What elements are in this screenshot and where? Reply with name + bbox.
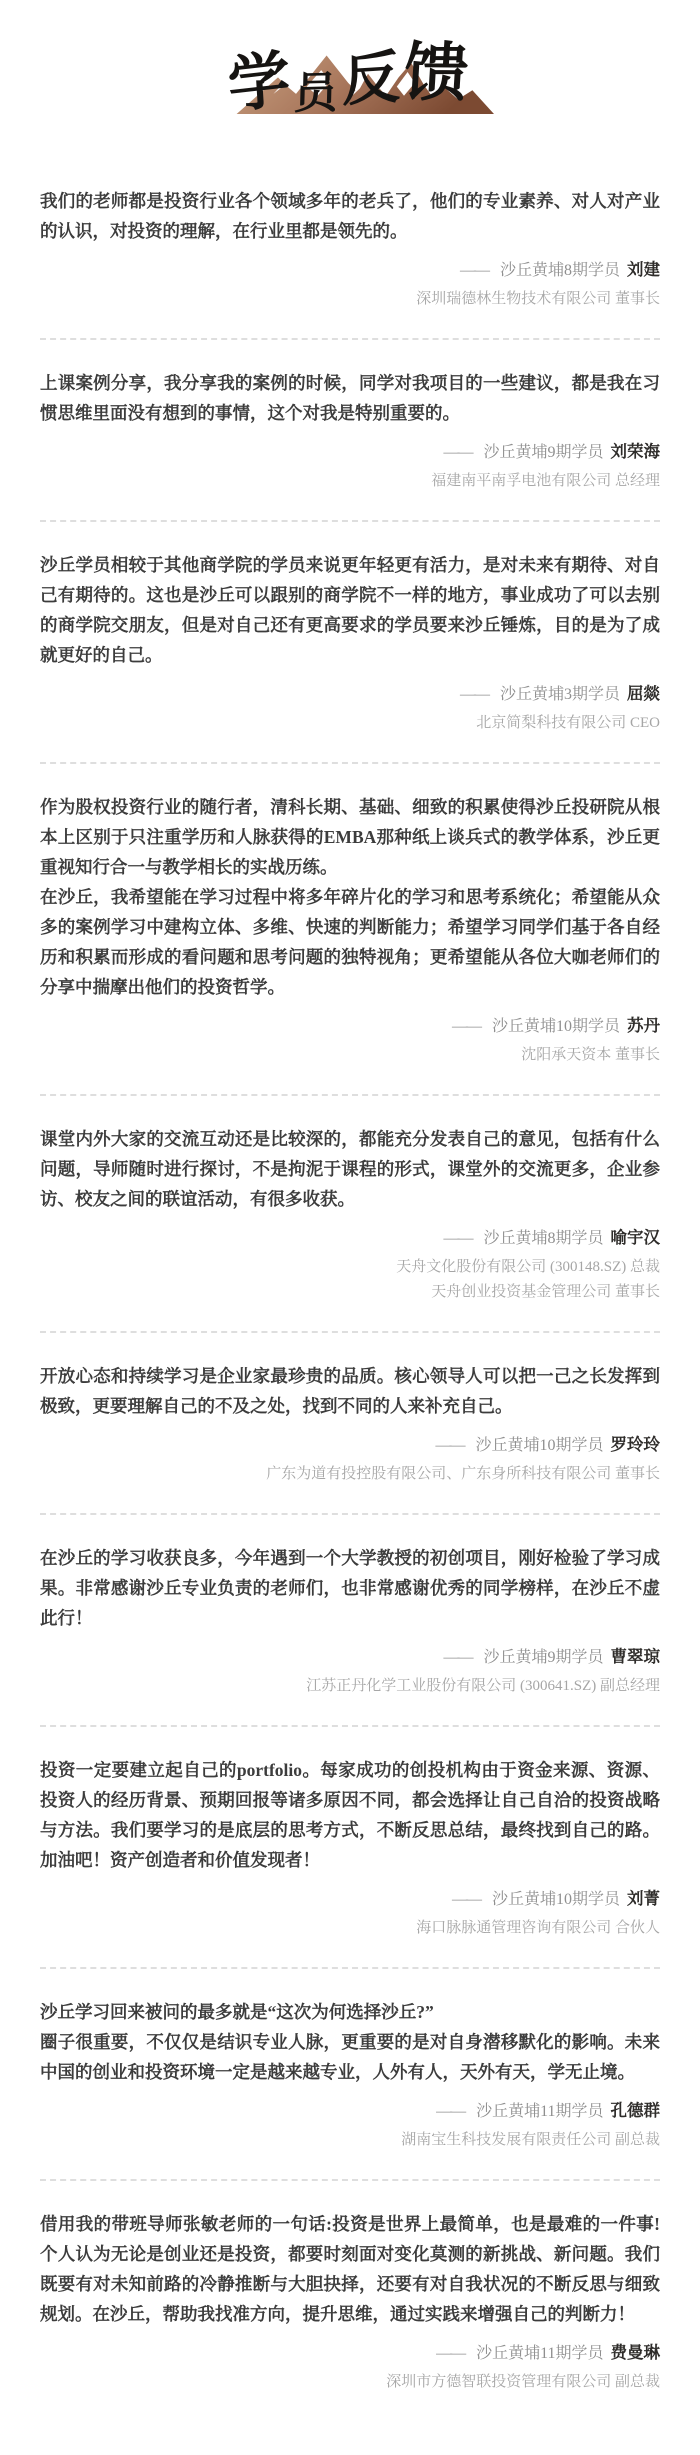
dashed-divider	[40, 1331, 660, 1333]
dashed-divider	[40, 762, 660, 764]
testimonial-attribution: ——沙丘黄埔9期学员曹翠琼	[40, 1645, 660, 1670]
testimonial-paragraph: 在沙丘，我希望能在学习过程中将多年碎片化的学习和思考系统化；希望能从众多的案例学…	[40, 882, 660, 1002]
organization-line: 深圳市方德智联投资管理有限公司 副总裁	[40, 2370, 660, 2395]
student-cohort: 沙丘黄埔8期学员	[483, 1230, 603, 1247]
testimonial-block: 借用我的带班导师张敏老师的一句话:投资是世界上最简单，也是最难的一件事!个人认为…	[40, 2209, 660, 2395]
organization-line: 福建南平南孚电池有限公司 总经理	[40, 469, 660, 494]
page-title-calligraphy: 学员反馈	[39, 36, 661, 116]
organization-line: 深圳瑞德林生物技术有限公司 董事长	[40, 287, 660, 312]
student-cohort: 沙丘黄埔10期学员	[492, 1018, 620, 1035]
dashed-divider	[40, 1967, 660, 1969]
organization-line: 天舟文化股份有限公司 (300148.SZ) 总裁	[40, 1255, 660, 1280]
dashed-divider	[40, 1094, 660, 1096]
student-name: 费曼琳	[611, 2343, 661, 2362]
student-organization: 深圳市方德智联投资管理有限公司 副总裁	[40, 2370, 660, 2395]
testimonial-text: 借用我的带班导师张敏老师的一句话:投资是世界上最简单，也是最难的一件事!个人认为…	[40, 2209, 660, 2329]
testimonial-paragraph: 上课案例分享，我分享我的案例的时候，同学对我项目的一些建议，都是我在习惯思维里面…	[40, 368, 660, 428]
student-cohort: 沙丘黄埔3期学员	[500, 686, 620, 703]
student-name: 罗玲玲	[611, 1435, 661, 1454]
testimonial-attribution: ——沙丘黄埔10期学员苏丹	[40, 1014, 660, 1039]
student-organization: 广东为道有投控股有限公司、广东身所科技有限公司 董事长	[40, 1462, 660, 1487]
student-name: 刘荣海	[611, 442, 661, 461]
organization-line: 北京简梨科技有限公司 CEO	[40, 711, 660, 736]
attribution-dash: ——	[443, 1230, 471, 1247]
testimonial-attribution: ——沙丘黄埔3期学员屈燚	[40, 682, 660, 707]
feedback-page: 学员反馈 我们的老师都是投资行业各个领域多年的老兵了，他们的专业素养、对人对产业…	[0, 0, 700, 2455]
student-name: 刘菁	[627, 1889, 660, 1908]
organization-line: 湖南宝生科技发展有限责任公司 副总裁	[40, 2128, 660, 2153]
attribution-dash: ——	[460, 262, 488, 279]
dashed-divider	[40, 2179, 660, 2181]
testimonial-paragraph: 开放心态和持续学习是企业家最珍贵的品质。核心领导人可以把一己之长发挥到极致，更要…	[40, 1361, 660, 1421]
testimonial-text: 投资一定要建立起自己的portfolio。每家成功的创投机构由于资金来源、资源、…	[40, 1755, 660, 1875]
student-name: 屈燚	[627, 684, 660, 703]
testimonial-paragraph: 沙丘学员相较于其他商学院的学员来说更年轻更有活力，是对未来有期待、对自己有期待的…	[40, 550, 660, 670]
student-cohort: 沙丘黄埔10期学员	[475, 1437, 603, 1454]
testimonial-paragraph: 投资一定要建立起自己的portfolio。每家成功的创投机构由于资金来源、资源、…	[40, 1755, 660, 1875]
dashed-divider	[40, 1513, 660, 1515]
testimonial-block: 开放心态和持续学习是企业家最珍贵的品质。核心领导人可以把一己之长发挥到极致，更要…	[40, 1361, 660, 1487]
testimonial-paragraph: 借用我的带班导师张敏老师的一句话:投资是世界上最简单，也是最难的一件事!个人认为…	[40, 2209, 660, 2329]
logo-char: 馈	[402, 41, 474, 106]
testimonial-paragraph: 在沙丘的学习收获良多，今年遇到一个大学教授的初创项目，刚好检验了学习成果。非常感…	[40, 1543, 660, 1633]
testimonial-text: 上课案例分享，我分享我的案例的时候，同学对我项目的一些建议，都是我在习惯思维里面…	[40, 368, 660, 428]
student-cohort: 沙丘黄埔9期学员	[483, 1649, 603, 1666]
testimonial-attribution: ——沙丘黄埔10期学员罗玲玲	[40, 1433, 660, 1458]
student-cohort: 沙丘黄埔8期学员	[500, 262, 620, 279]
testimonial-paragraph: 我们的老师都是投资行业各个领域多年的老兵了，他们的专业素养、对人对产业的认识，对…	[40, 186, 660, 246]
attribution-dash: ——	[435, 1437, 463, 1454]
student-organization: 江苏正丹化学工业股份有限公司 (300641.SZ) 副总经理	[40, 1674, 660, 1699]
testimonial-block: 沙丘学习回来被问的最多就是“这次为何选择沙丘?”圈子很重要，不仅仅是结识专业人脉…	[40, 1997, 660, 2153]
attribution-dash: ——	[443, 1649, 471, 1666]
student-organization: 沈阳承天资本 董事长	[40, 1043, 660, 1068]
testimonial-attribution: ——沙丘黄埔11期学员孔德群	[40, 2099, 660, 2124]
organization-line: 天舟创业投资基金管理公司 董事长	[40, 1280, 660, 1305]
dashed-divider	[40, 1725, 660, 1727]
student-organization: 深圳瑞德林生物技术有限公司 董事长	[40, 287, 660, 312]
page-header-logo: 学员反馈	[40, 44, 660, 172]
student-name: 苏丹	[627, 1016, 660, 1035]
dashed-divider	[40, 338, 660, 340]
student-organization: 湖南宝生科技发展有限责任公司 副总裁	[40, 2128, 660, 2153]
attribution-dash: ——	[460, 686, 488, 703]
testimonial-text: 我们的老师都是投资行业各个领域多年的老兵了，他们的专业素养、对人对产业的认识，对…	[40, 186, 660, 246]
logo-char: 学	[226, 49, 296, 118]
student-cohort: 沙丘黄埔10期学员	[492, 1891, 620, 1908]
testimonial-list: 我们的老师都是投资行业各个领域多年的老兵了，他们的专业素养、对人对产业的认识，对…	[40, 186, 660, 2395]
testimonial-text: 在沙丘的学习收获良多，今年遇到一个大学教授的初创项目，刚好检验了学习成果。非常感…	[40, 1543, 660, 1633]
attribution-dash: ——	[436, 2103, 464, 2120]
testimonial-text: 沙丘学习回来被问的最多就是“这次为何选择沙丘?”圈子很重要，不仅仅是结识专业人脉…	[40, 1997, 660, 2087]
testimonial-text: 开放心态和持续学习是企业家最珍贵的品质。核心领导人可以把一己之长发挥到极致，更要…	[40, 1361, 660, 1421]
testimonial-block: 上课案例分享，我分享我的案例的时候，同学对我项目的一些建议，都是我在习惯思维里面…	[40, 368, 660, 494]
testimonial-attribution: ——沙丘黄埔9期学员刘荣海	[40, 440, 660, 465]
attribution-dash: ——	[436, 2345, 464, 2362]
testimonial-text: 课堂内外大家的交流互动还是比较深的，都能充分发表自己的意见，包括有什么问题，导师…	[40, 1124, 660, 1214]
testimonial-paragraph: 圈子很重要，不仅仅是结识专业人脉，更重要的是对自身潜移默化的影响。未来中国的创业…	[40, 2027, 660, 2087]
testimonial-attribution: ——沙丘黄埔11期学员费曼琳	[40, 2341, 660, 2366]
attribution-dash: ——	[452, 1891, 480, 1908]
attribution-dash: ——	[452, 1018, 480, 1035]
testimonial-paragraph: 作为股权投资行业的随行者，清科长期、基础、细致的积累使得沙丘投研院从根本上区别于…	[40, 792, 660, 882]
organization-line: 广东为道有投控股有限公司、广东身所科技有限公司 董事长	[40, 1462, 660, 1487]
testimonial-attribution: ——沙丘黄埔8期学员刘建	[40, 258, 660, 283]
testimonial-block: 投资一定要建立起自己的portfolio。每家成功的创投机构由于资金来源、资源、…	[40, 1755, 660, 1941]
logo-char: 员	[293, 71, 342, 116]
testimonial-attribution: ——沙丘黄埔10期学员刘菁	[40, 1887, 660, 1912]
testimonial-paragraph: 沙丘学习回来被问的最多就是“这次为何选择沙丘?”	[40, 1997, 660, 2027]
testimonial-text: 作为股权投资行业的随行者，清科长期、基础、细致的积累使得沙丘投研院从根本上区别于…	[40, 792, 660, 1002]
organization-line: 江苏正丹化学工业股份有限公司 (300641.SZ) 副总经理	[40, 1674, 660, 1699]
testimonial-block: 沙丘学员相较于其他商学院的学员来说更年轻更有活力，是对未来有期待、对自己有期待的…	[40, 550, 660, 736]
testimonial-paragraph: 课堂内外大家的交流互动还是比较深的，都能充分发表自己的意见，包括有什么问题，导师…	[40, 1124, 660, 1214]
student-cohort: 沙丘黄埔9期学员	[483, 444, 603, 461]
student-name: 刘建	[627, 260, 660, 279]
testimonial-block: 我们的老师都是投资行业各个领域多年的老兵了，他们的专业素养、对人对产业的认识，对…	[40, 186, 660, 312]
student-name: 曹翠琼	[611, 1647, 661, 1666]
organization-line: 海口脉脉通管理咨询有限公司 合伙人	[40, 1916, 660, 1941]
student-organization: 福建南平南孚电池有限公司 总经理	[40, 469, 660, 494]
dashed-divider	[40, 520, 660, 522]
testimonial-block: 作为股权投资行业的随行者，清科长期、基础、细致的积累使得沙丘投研院从根本上区别于…	[40, 792, 660, 1068]
student-organization: 海口脉脉通管理咨询有限公司 合伙人	[40, 1916, 660, 1941]
student-organization: 北京简梨科技有限公司 CEO	[40, 711, 660, 736]
attribution-dash: ——	[443, 444, 471, 461]
organization-line: 沈阳承天资本 董事长	[40, 1043, 660, 1068]
logo-char: 反	[342, 49, 405, 111]
student-name: 喻宇汉	[611, 1228, 661, 1247]
student-organization: 天舟文化股份有限公司 (300148.SZ) 总裁天舟创业投资基金管理公司 董事…	[40, 1255, 660, 1305]
testimonial-text: 沙丘学员相较于其他商学院的学员来说更年轻更有活力，是对未来有期待、对自己有期待的…	[40, 550, 660, 670]
testimonial-block: 在沙丘的学习收获良多，今年遇到一个大学教授的初创项目，刚好检验了学习成果。非常感…	[40, 1543, 660, 1699]
student-name: 孔德群	[611, 2101, 661, 2120]
student-cohort: 沙丘黄埔11期学员	[476, 2103, 603, 2120]
student-cohort: 沙丘黄埔11期学员	[476, 2345, 603, 2362]
testimonial-block: 课堂内外大家的交流互动还是比较深的，都能充分发表自己的意见，包括有什么问题，导师…	[40, 1124, 660, 1305]
testimonial-attribution: ——沙丘黄埔8期学员喻宇汉	[40, 1226, 660, 1251]
